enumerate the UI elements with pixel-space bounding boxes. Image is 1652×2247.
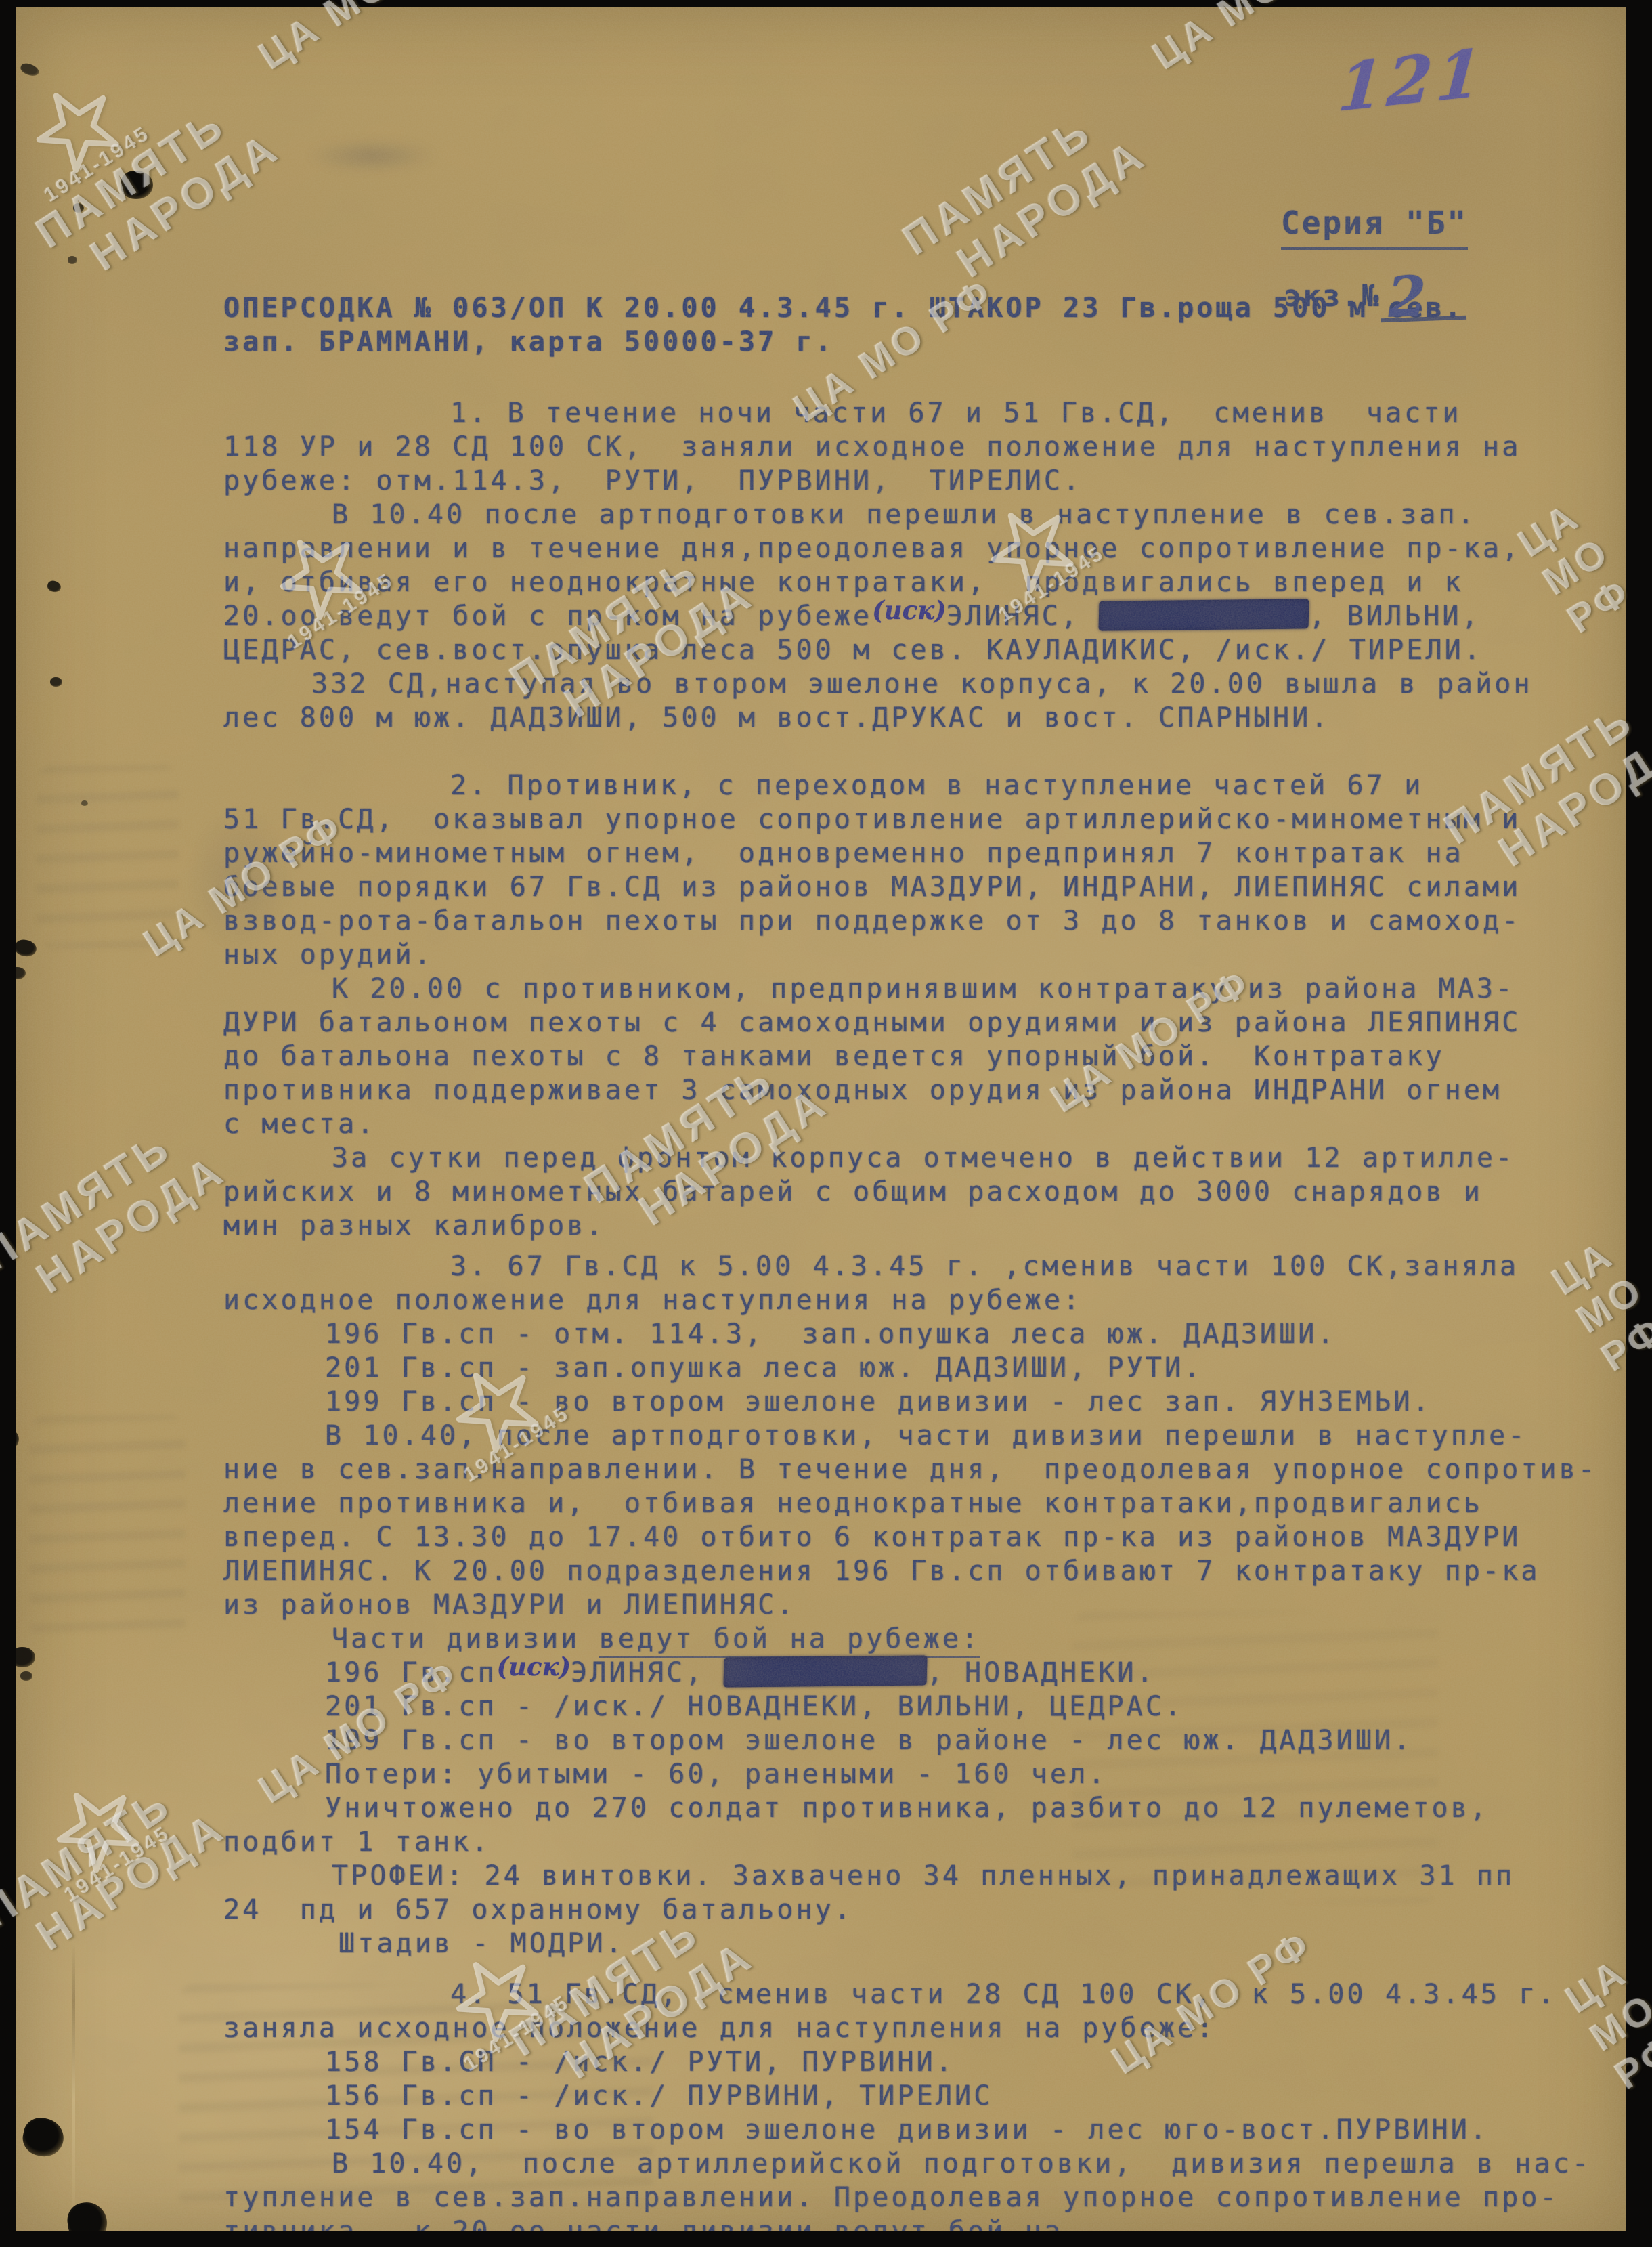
document-line: из районов МАЗДУРИ и ЛИЕПИНЯС.	[223, 1588, 1632, 1622]
document-line: противника поддерживает 3 самоходных ору…	[223, 1073, 1632, 1107]
document-line: 51 Гв.СД, оказывал упорное сопротивление…	[223, 802, 1632, 836]
typed-text: вперед. С 13.30 до 17.40 отбито 6 контра…	[223, 1522, 1521, 1553]
typed-text: ЦЕДРАС, сев.вост.опушка леса 500 м сев. …	[223, 635, 1483, 666]
scanned-document-screenshot: { "header": { "page_number": "121", "ser…	[0, 0, 1652, 2247]
document-line: 154 Гв.сп - во втором эшелоне дивизии - …	[325, 2113, 1632, 2147]
document-line: Штадив - МОДРИ.	[339, 1927, 1632, 1961]
document-line: взвод-рота-батальон пехоты при поддержке…	[223, 904, 1632, 938]
typed-text: 199 Гв.сп - во втором эшелоне дивизии - …	[325, 1386, 1432, 1417]
typed-text: лес 800 м юж. ДАДЗИШИ, 500 м вост.ДРУКАС…	[223, 702, 1330, 733]
document-line: лес 800 м юж. ДАДЗИШИ, 500 м вост.ДРУКАС…	[223, 701, 1632, 735]
document-line: 196 Гв.сп - отм. 114.3, зап.опушка леса …	[325, 1317, 1632, 1351]
typed-text: 158 Гв.СП - /иск./ РУТИ, ПУРВИНИ.	[325, 2047, 955, 2078]
document-line: 332 СД,наступая во втором эшелоне корпус…	[311, 667, 1632, 701]
paragraph: 2. Противник, с переходом в наступление …	[223, 769, 1632, 1243]
typed-text: зап. БРАММАНИ, карта 50000-37 г.	[223, 326, 834, 358]
document-line: тупление в сев.зап.направлении. Преодоле…	[223, 2181, 1632, 2214]
typed-text: 2. Противник, с переходом в наступление …	[450, 770, 1423, 801]
typed-text: 4. 51 Гв.СД, сменив части 28 СД 100 СК, …	[450, 1979, 1557, 2010]
document-line: 3. 67 Гв.СД к 5.00 4.3.45 г. ,сменив час…	[450, 1249, 1632, 1283]
redaction-bar	[723, 1655, 927, 1687]
document-line: ЛИЕПИНЯС. К 20.00 подразделения 196 Гв.с…	[223, 1554, 1632, 1588]
scan-edge-top	[0, 0, 1652, 7]
typed-text: взвод-рота-батальон пехоты при поддержке…	[223, 905, 1521, 937]
document-line: 201 Гв.сп - зап.опушка леса юж. ДАДЗИШИ,…	[325, 1351, 1632, 1385]
document-line: Части дивизии ведут бой на рубеже:	[332, 1622, 1632, 1656]
document-line: 2. Противник, с переходом в наступление …	[450, 769, 1632, 802]
paragraph: 4. 51 Гв.СД, сменив части 28 СД 100 СК, …	[223, 1977, 1632, 2247]
typed-text: ЛИЕПИНЯС. К 20.00 подразделения 196 Гв.с…	[223, 1556, 1540, 1587]
typed-text-layer: ОПЕРСОДКА № 063/ОП К 20.00 4.3.45 г. ШТА…	[16, 7, 1628, 2232]
typed-text: Штадив - МОДРИ.	[339, 1928, 625, 1959]
typed-text: , ВИЛЬНИ,	[1309, 601, 1481, 632]
typed-text: ление противника и, отбивая неоднократны…	[223, 1488, 1483, 1519]
typed-text: В 10.40, после артподготовки, части диви…	[325, 1420, 1527, 1451]
typed-text: 196 Гв.сп - отм. 114.3, зап.опушка леса …	[325, 1319, 1336, 1350]
typed-text: Потери: убитыми - 60, ранеными - 160 чел…	[325, 1759, 1107, 1790]
typed-text: противника поддерживает 3 самоходных ору…	[223, 1075, 1502, 1106]
typed-text: Части дивизии	[332, 1623, 599, 1654]
punch-hole	[50, 677, 62, 687]
typed-text: из районов МАЗДУРИ и ЛИЕПИНЯС.	[223, 1589, 796, 1621]
document-line: ЦЕДРАС, сев.вост.опушка леса 500 м сев. …	[223, 633, 1632, 667]
typed-text: до батальона пехоты с 8 танками ведется …	[223, 1041, 1445, 1072]
typed-text: В 10.40 после артподготовки перешли в на…	[332, 499, 1477, 530]
typed-text: тупление в сев.зап.направлении. Преодоле…	[223, 2182, 1559, 2213]
punch-hole	[20, 1671, 32, 1681]
document-line: 4. 51 Гв.СД, сменив части 28 СД 100 СК, …	[450, 1977, 1632, 2011]
document-line: ление противника и, отбивая неоднократны…	[223, 1486, 1632, 1520]
document-line: до батальона пехоты с 8 танками ведется …	[223, 1040, 1632, 1073]
document-line: 158 Гв.СП - /иск./ РУТИ, ПУРВИНИ.	[325, 2045, 1632, 2079]
document-line: ДУРИ батальоном пехоты с 4 самоходными о…	[223, 1006, 1632, 1040]
document-line: 196 Гв.сп(иск)ЭЛИНЯС, , НОВАДНЕКИ.	[325, 1656, 1632, 1690]
document-line: В 10.40 после артподготовки перешли в на…	[332, 498, 1632, 532]
typed-text: ружейно-минометным огнем, одновременно п…	[223, 838, 1464, 869]
document-line: 199 Гв.сп - во втором эшелоне дивизии - …	[325, 1385, 1632, 1419]
document-line: исходное положение для наступления на ру…	[223, 1283, 1632, 1317]
typed-text: 332 СД,наступая во втором эшелоне корпус…	[311, 668, 1533, 700]
typed-text: ЭЛИНЯС,	[947, 601, 1099, 632]
document-line: К 20.00 с противником, предпринявшим кон…	[332, 972, 1632, 1006]
typed-text: 1. В течение ночи части 67 и 51 Гв.СД, с…	[450, 398, 1462, 429]
typed-text: За сутки перед фронтом корпуса отмечено …	[332, 1142, 1515, 1174]
document-line: Уничтожено до 270 солдат противника, раз…	[325, 1791, 1632, 1825]
typed-text: ние в сев.зап.направлении. В течение дня…	[223, 1454, 1597, 1485]
typed-text: К 20.00 с противником, предпринявшим кон…	[332, 973, 1515, 1004]
underlined-typed-text: ведут бой на рубеже:	[599, 1623, 981, 1658]
typed-text: мин разных калибров.	[223, 1210, 605, 1241]
typed-text: 118 УР и 28 СД 100 СК, заняли исходное п…	[223, 431, 1521, 463]
document-line: Потери: убитыми - 60, ранеными - 160 чел…	[325, 1757, 1632, 1791]
document-line: 1. В течение ночи части 67 и 51 Гв.СД, с…	[450, 396, 1632, 430]
document-page: ОПЕРСОДКА № 063/ОП К 20.00 4.3.45 г. ШТА…	[16, 7, 1628, 2232]
document-line: В 10.40, после артподготовки, части диви…	[325, 1419, 1632, 1453]
scan-edge-right	[1626, 0, 1652, 2247]
handwritten-page-number: 121	[1336, 34, 1488, 127]
typed-text: В 10.40, после артиллерийской подготовки…	[332, 2148, 1591, 2179]
document-line: 118 УР и 28 СД 100 СК, заняли исходное п…	[223, 430, 1632, 464]
typed-text: 154 Гв.сп - во втором эшелоне дивизии - …	[325, 2114, 1489, 2145]
typed-text: 20.оо ведут бой с пр-ком на рубеже	[223, 601, 872, 632]
typed-text: 24 пд и 657 охранному батальону.	[223, 1894, 853, 1925]
typed-text: рубеже: отм.114.3, РУТИ, ПУРВИНИ, ТИРЕЛИ…	[223, 465, 1082, 496]
punch-hole	[73, 203, 84, 213]
document-line: 20.оо ведут бой с пр-ком на рубеже(иск)Э…	[223, 599, 1632, 633]
typed-text: ЭЛИНЯС,	[571, 1657, 723, 1688]
typed-text: 201 Гв.сп - зап.опушка леса юж. ДАДЗИШИ,…	[325, 1352, 1202, 1384]
typed-text: , НОВАДНЕКИ.	[927, 1657, 1156, 1688]
paragraph: 3. 67 Гв.СД к 5.00 4.3.45 г. ,сменив час…	[223, 1249, 1632, 1961]
typed-text: ных орудий.	[223, 939, 433, 970]
document-line: За сутки перед фронтом корпуса отмечено …	[332, 1141, 1632, 1175]
typed-text: боевые порядки 67 Гв.СД из районов МАЗДУ…	[223, 872, 1521, 903]
handwritten-insertion: (иск)	[497, 1652, 571, 1682]
document-line: 201 Гв.сп - /иск./ НОВАДНЕКИ, ВИЛЬНИ, ЦЕ…	[325, 1690, 1632, 1724]
typed-text: 201 Гв.сп - /иск./ НОВАДНЕКИ, ВИЛЬНИ, ЦЕ…	[325, 1691, 1183, 1722]
document-line: с места.	[223, 1107, 1632, 1141]
typed-text: исходное положение для наступления на ру…	[223, 1285, 1082, 1316]
typed-text: 3. 67 Гв.СД к 5.00 4.3.45 г. ,сменив час…	[450, 1251, 1519, 1282]
typed-text: направлении и в течение дня,преодолевая …	[223, 533, 1521, 564]
punch-hole	[81, 800, 88, 806]
document-line: ние в сев.зап.направлении. В течение дня…	[223, 1453, 1632, 1486]
typed-text: подбит 1 танк.	[223, 1826, 491, 1858]
scan-edge-bottom	[0, 2231, 1652, 2247]
typed-text: 51 Гв.СД, оказывал упорное сопротивление…	[223, 804, 1521, 835]
typed-text: 156 Гв.сп - /иск./ ПУРВИНИ, ТИРЕЛИС	[325, 2080, 993, 2112]
scan-edge-left	[0, 0, 16, 2247]
document-line: 156 Гв.сп - /иск./ ПУРВИНИ, ТИРЕЛИС	[325, 2079, 1632, 2113]
typed-text: ОПЕРСОДКА № 063/ОП К 20.00 4.3.45 г. ШТА…	[223, 293, 1464, 324]
document-line: ТРОФЕИ: 24 винтовки. Захвачено 34 пленны…	[332, 1859, 1632, 1893]
document-line: боевые порядки 67 Гв.СД из районов МАЗДУ…	[223, 870, 1632, 904]
typed-text: ДУРИ батальоном пехоты с 4 самоходными о…	[223, 1007, 1521, 1038]
document-line: заняла исходное положение для наступлени…	[223, 2011, 1632, 2045]
redaction-bar	[1099, 599, 1309, 630]
document-line: зап. БРАММАНИ, карта 50000-37 г.	[223, 325, 1632, 359]
series-stamp: Серия "Б"	[1281, 205, 1468, 250]
typed-text: 199 Гв.сп - во втором эшелоне в районе -…	[325, 1725, 1412, 1756]
document-line: 199 Гв.сп - во втором эшелоне в районе -…	[325, 1724, 1632, 1757]
document-line: мин разных калибров.	[223, 1209, 1632, 1243]
handwritten-copy-number: 2	[1379, 275, 1466, 322]
typed-text: заняла исходное положение для наступлени…	[223, 2013, 1215, 2044]
document-line: рубеже: отм.114.3, РУТИ, ПУРВИНИ, ТИРЕЛИ…	[223, 464, 1632, 498]
document-line: ных орудий.	[223, 938, 1632, 972]
copy-label: экз.№	[1284, 279, 1380, 314]
handwritten-insertion: (иск)	[872, 595, 946, 625]
typed-text: Уничтожено до 270 солдат противника, раз…	[325, 1793, 1489, 1824]
document-line: направлении и в течение дня,преодолевая …	[223, 532, 1632, 565]
typed-text: ТРОФЕИ: 24 винтовки. Захвачено 34 пленны…	[332, 1860, 1515, 1891]
document-line: рийских и 8 минометных батарей с общим р…	[223, 1175, 1632, 1209]
paragraph: 1. В течение ночи части 67 и 51 Гв.СД, с…	[223, 396, 1632, 735]
punch-hole	[68, 256, 77, 264]
typed-text: с места.	[223, 1109, 376, 1140]
typed-text: 196 Гв.сп	[325, 1657, 497, 1688]
document-line: 24 пд и 657 охранному батальону.	[223, 1893, 1632, 1927]
document-line: В 10.40, после артиллерийской подготовки…	[332, 2147, 1632, 2181]
document-line: ружейно-минометным огнем, одновременно п…	[223, 836, 1632, 870]
document-line: вперед. С 13.30 до 17.40 отбито 6 контра…	[223, 1520, 1632, 1554]
copy-number-line: экз.№2	[1284, 276, 1466, 321]
document-line: подбит 1 танк.	[223, 1825, 1632, 1859]
typed-text: и, отбивая его неоднократные контратаки,…	[223, 567, 1464, 598]
document-line: и, отбивая его неоднократные контратаки,…	[223, 565, 1632, 599]
typed-text: рийских и 8 минометных батарей с общим р…	[223, 1176, 1483, 1207]
punch-hole	[121, 171, 153, 199]
